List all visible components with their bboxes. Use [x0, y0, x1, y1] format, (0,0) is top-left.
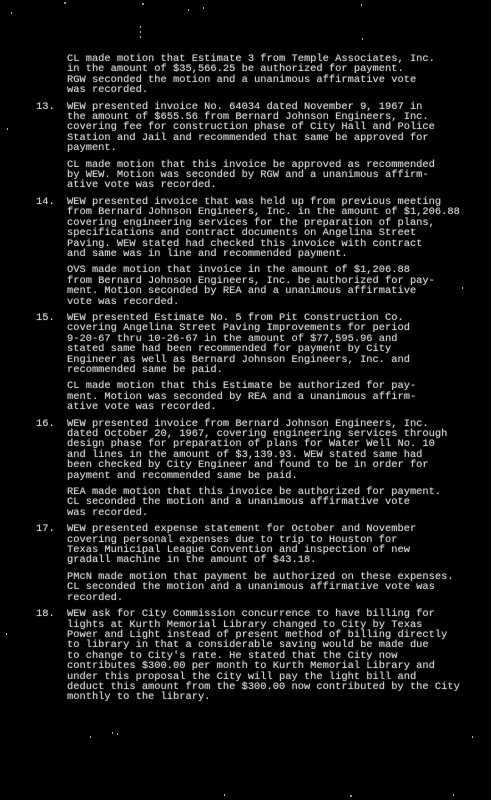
- minutes-paragraph: REA made motion that this invoice be aut…: [36, 487, 465, 518]
- paragraph-text: WEW presented invoice from Bernard Johns…: [67, 419, 465, 481]
- minutes-item-17: 17. WEW presented expense statement for …: [36, 524, 465, 566]
- scan-noise-speck: [140, 26, 141, 28]
- item-number: 18.: [36, 609, 67, 619]
- scan-noise-speck: [7, 128, 8, 130]
- paragraph-text: CL made motion that Estimate 3 from Temp…: [67, 54, 465, 96]
- scan-noise-speck: [64, 2, 66, 4]
- minutes-item-18: 18. WEW ask for City Commission concurre…: [36, 609, 465, 703]
- scan-noise-speck: [361, 4, 362, 6]
- scan-noise-speck: [11, 12, 12, 14]
- paragraph-text: OVS made motion that invoice in the amou…: [67, 265, 465, 307]
- item-number: 16.: [36, 419, 67, 429]
- scan-noise-speck: [224, 794, 225, 796]
- scan-noise-speck: [188, 9, 189, 11]
- item-number: 17.: [36, 524, 67, 534]
- scan-noise-speck: [117, 733, 118, 735]
- paragraph-text: WEW presented Estimate No. 5 from Pit Co…: [67, 313, 465, 375]
- scan-noise-speck: [453, 794, 454, 796]
- scan-noise-speck: [350, 795, 352, 797]
- minutes-item-13: 13. WEW presented invoice No. 64034 date…: [36, 102, 465, 154]
- scan-noise-speck: [6, 633, 7, 635]
- minutes-paragraph: CL made motion that this Estimate be aut…: [36, 381, 465, 412]
- paragraph-text: WEW presented expense statement for Octo…: [67, 524, 465, 566]
- paragraph-text: PMcN made motion that payment be authori…: [67, 572, 465, 603]
- minutes-item-16: 16. WEW presented invoice from Bernard J…: [36, 419, 465, 481]
- minutes-item-15: 15. WEW presented Estimate No. 5 from Pi…: [36, 313, 465, 375]
- item-number: 14.: [36, 197, 67, 207]
- minutes-item-14: 14. WEW presented invoice that was held …: [36, 197, 465, 259]
- paragraph-text: WEW presented invoice No. 64034 dated No…: [67, 102, 465, 154]
- minutes-paragraph: OVS made motion that invoice in the amou…: [36, 265, 465, 307]
- minutes-paragraph: CL made motion that this invoice be appr…: [36, 160, 465, 191]
- scanned-minutes-page: CL made motion that Estimate 3 from Temp…: [0, 0, 491, 800]
- item-number: 13.: [36, 102, 67, 112]
- scan-noise-speck: [462, 287, 463, 289]
- item-number: 15.: [36, 313, 67, 323]
- scan-noise-speck: [112, 732, 113, 734]
- scan-noise-speck: [140, 36, 141, 38]
- paragraph-text: CL made motion that this invoice be appr…: [67, 160, 465, 191]
- scan-noise-speck: [472, 736, 473, 738]
- scan-noise-speck: [203, 7, 204, 9]
- scan-noise-speck: [140, 31, 141, 33]
- paragraph-text: WEW ask for City Commission concurrence …: [67, 609, 465, 703]
- scan-noise-speck: [90, 736, 91, 738]
- paragraph-text: REA made motion that this invoice be aut…: [67, 487, 465, 518]
- minutes-paragraph: CL made motion that Estimate 3 from Temp…: [36, 54, 465, 96]
- paragraph-text: WEW presented invoice that was held up f…: [67, 197, 465, 259]
- scan-noise-speck: [362, 38, 363, 40]
- paragraph-text: CL made motion that this Estimate be aut…: [67, 381, 465, 412]
- minutes-paragraph: PMcN made motion that payment be authori…: [36, 572, 465, 603]
- scan-noise-speck: [142, 3, 144, 5]
